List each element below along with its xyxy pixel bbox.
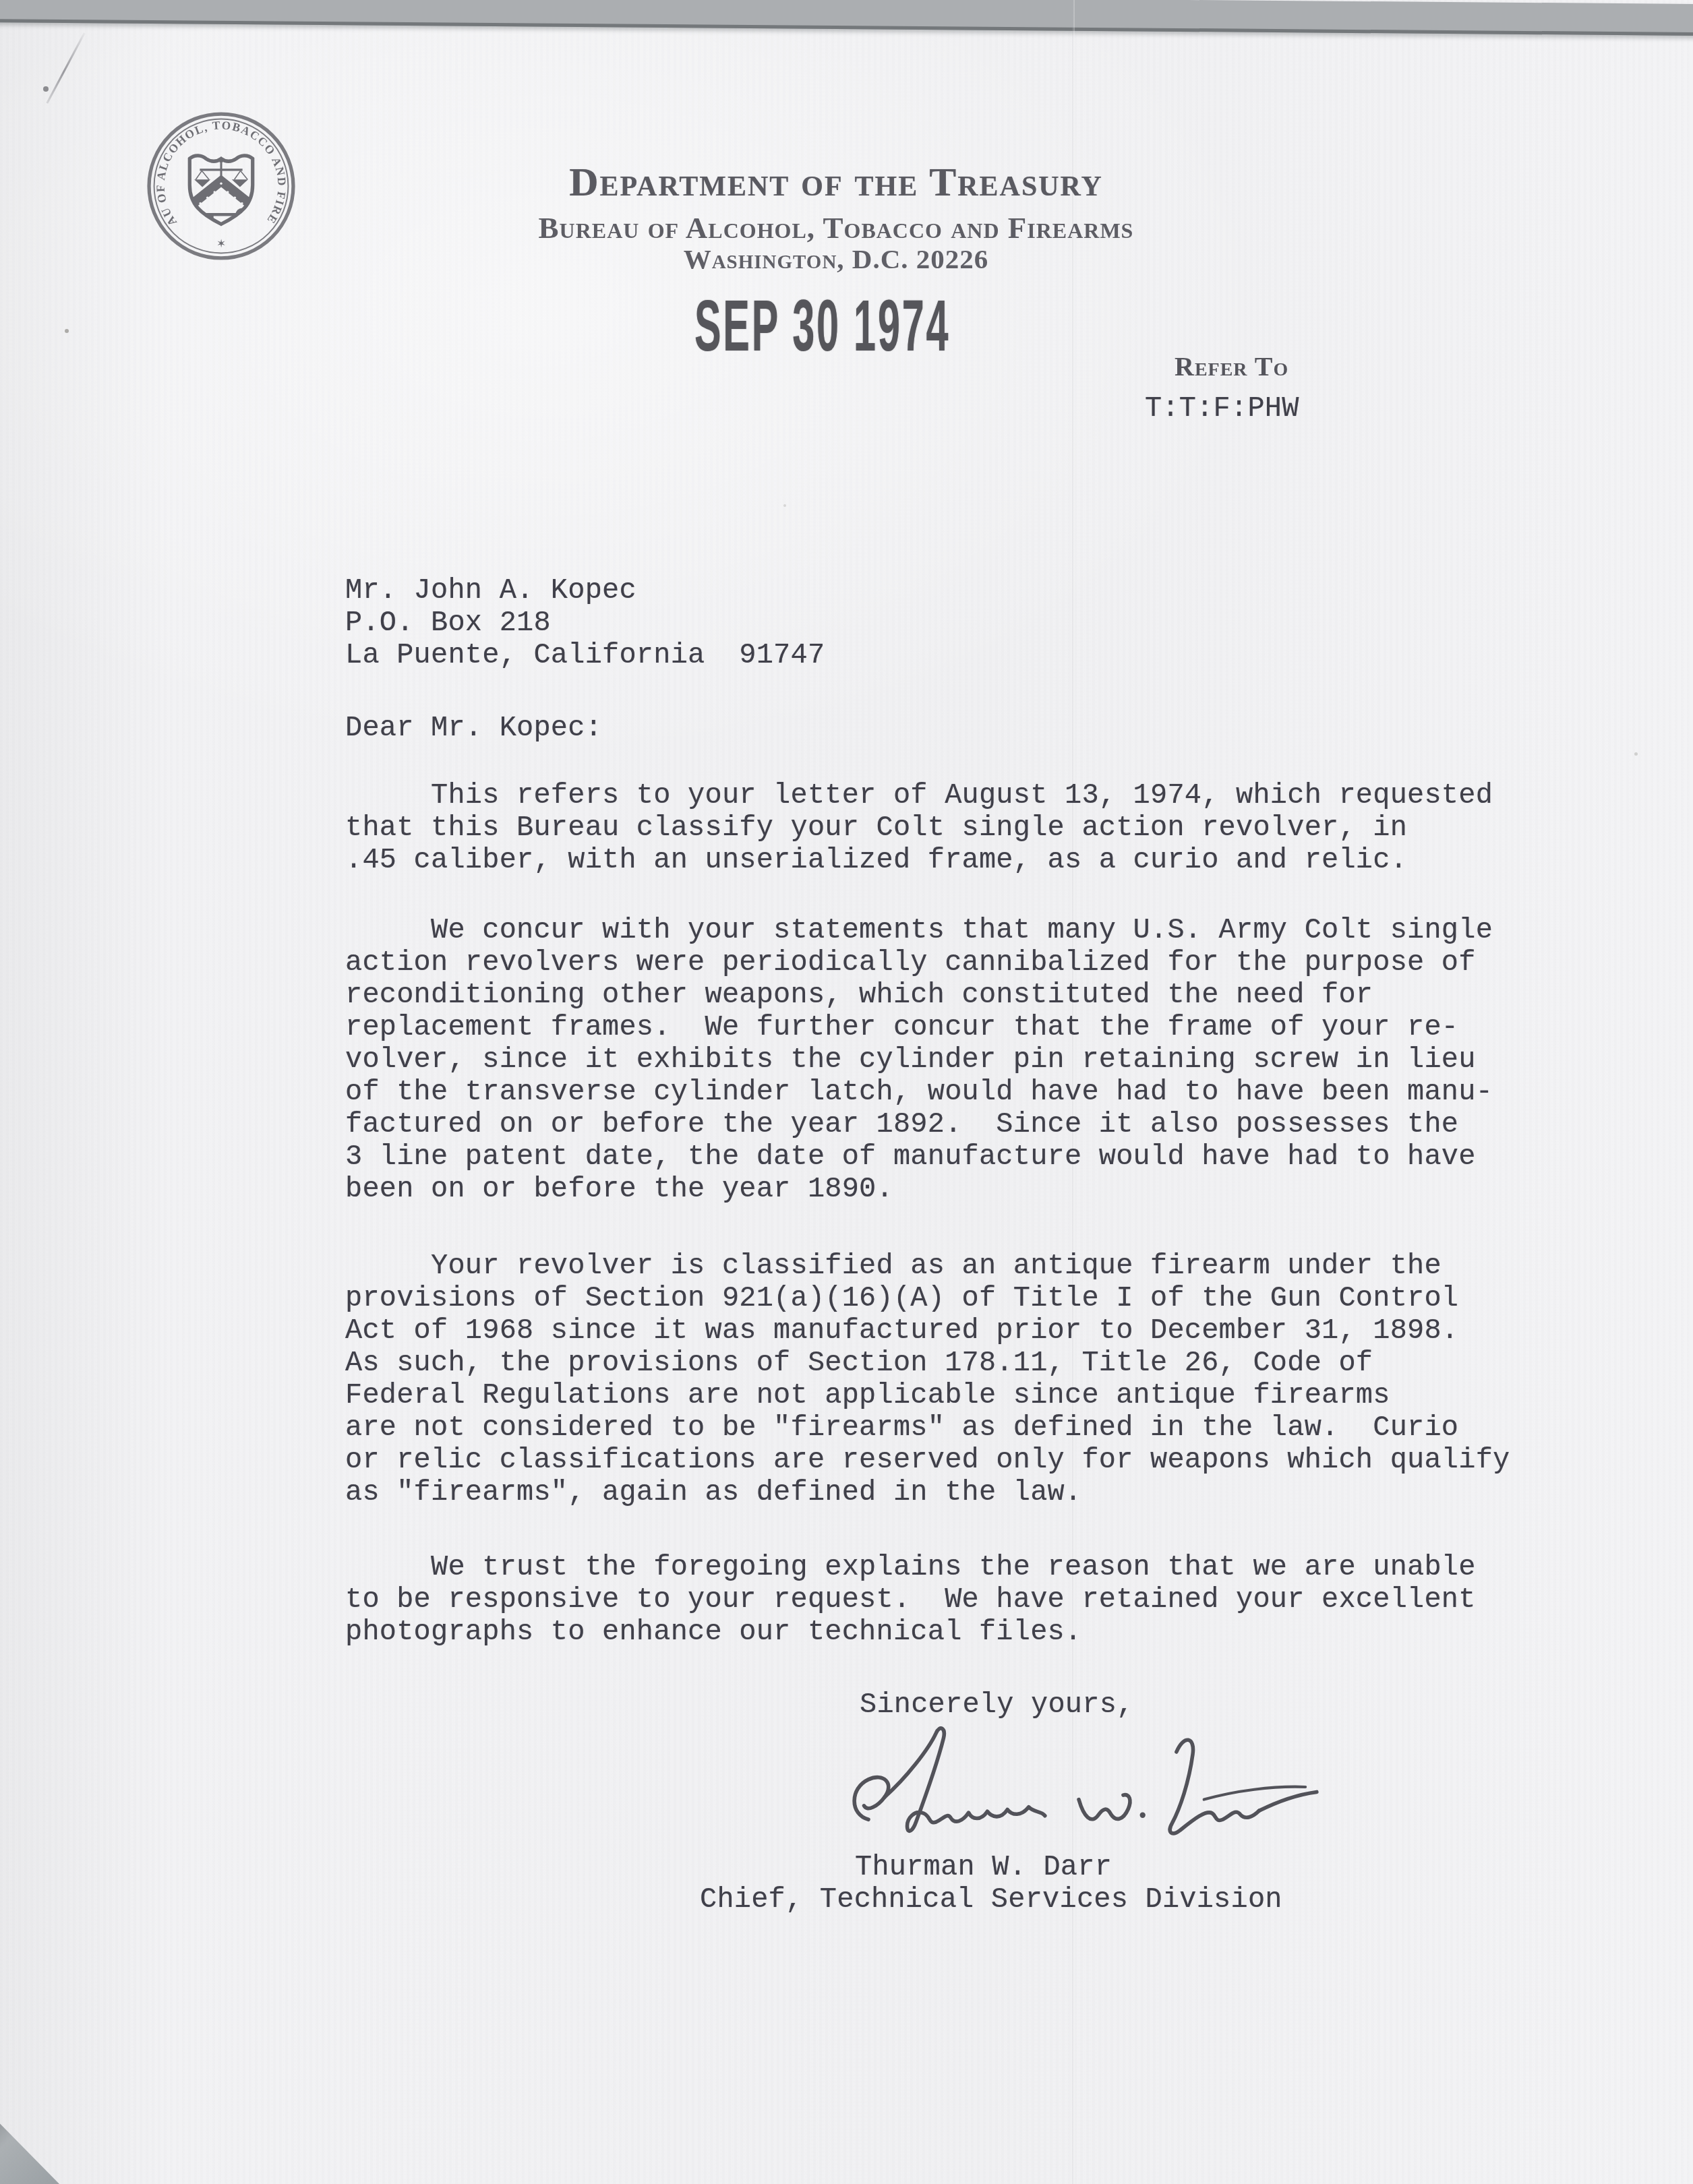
atf-treasury-seal-icon: BUREAU OF ALCOHOL, TOBACCO AND FIREARMS … (145, 110, 297, 262)
refer-to-label: Refer To (1175, 351, 1288, 382)
body-paragraph-1: This refers to your letter of August 13,… (345, 779, 1493, 876)
scanner-edge-band (0, 0, 1693, 36)
recipient-address: Mr. John A. Kopec P.O. Box 218 La Puente… (345, 574, 825, 671)
letterhead-address: Washington, D.C. 20226 (297, 243, 1375, 275)
scanned-letter-page: BUREAU OF ALCOHOL, TOBACCO AND FIREARMS … (0, 0, 1693, 2184)
body-paragraph-4: We trust the foregoing explains the reas… (345, 1551, 1476, 1648)
clipped-corner (0, 2109, 59, 2184)
seal-star: ✶ (216, 237, 226, 250)
dust-speck (783, 504, 786, 507)
closing: Sincerely yours, (860, 1689, 1133, 1721)
body-paragraph-2: We concur with your statements that many… (345, 914, 1493, 1205)
dust-speck (1634, 752, 1638, 756)
dust-speck (65, 329, 69, 333)
refer-to-code: T:T:F:PHW (1145, 392, 1299, 425)
salutation: Dear Mr. Kopec: (345, 712, 602, 744)
letterhead-bureau: Bureau of Alcohol, Tobacco and Firearms (297, 210, 1375, 245)
signer-title: Chief, Technical Services Division (700, 1883, 1282, 1916)
letterhead-department: Department of the Treasury (297, 159, 1375, 206)
paper-crease-mark (46, 32, 85, 104)
paper-crease-dot (43, 86, 49, 92)
date-stamp: SEP 30 1974 (694, 283, 950, 367)
handwritten-signature (812, 1726, 1345, 1857)
signer-name: Thurman W. Darr (855, 1851, 1112, 1883)
body-paragraph-3: Your revolver is classified as an antiqu… (345, 1250, 1510, 1509)
